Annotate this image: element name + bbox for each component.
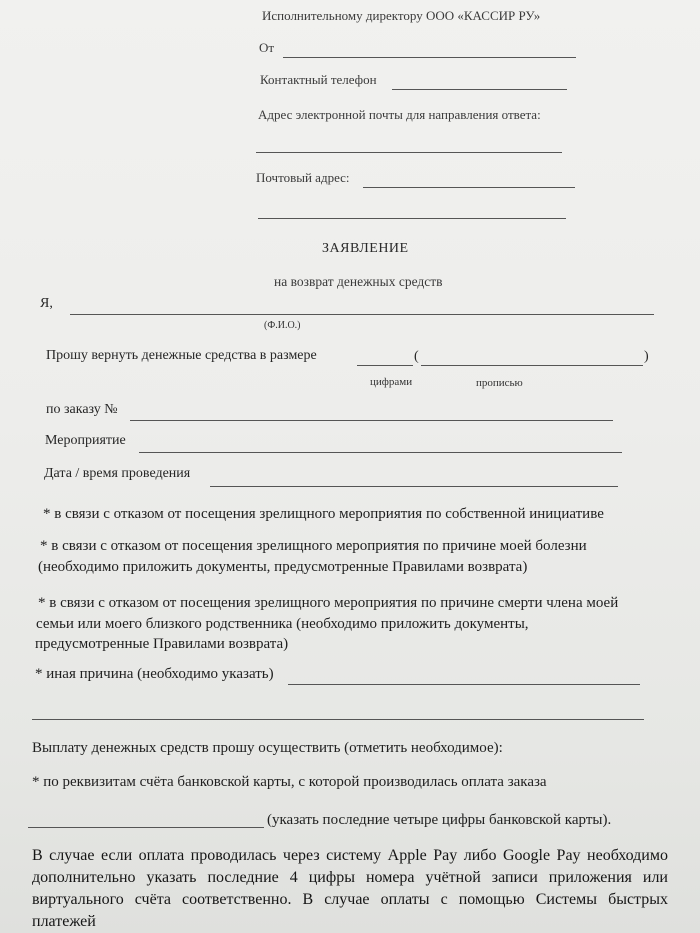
payment-note-line-2: дополнительно указать последние 4 цифры … — [32, 867, 668, 889]
card-last-digits-hint: (указать последние четыре цифры банковск… — [267, 812, 611, 829]
email-field[interactable] — [256, 152, 562, 153]
order-number-label: по заказу № — [46, 402, 118, 418]
card-last-digits-field[interactable] — [28, 827, 264, 828]
payout-card-option[interactable]: * по реквизитам счёта банковской карты, … — [32, 774, 547, 791]
order-number-field[interactable] — [130, 420, 613, 421]
event-label: Мероприятие — [45, 433, 126, 449]
payment-note-line-1: В случае если оплата проводилась через с… — [32, 845, 668, 867]
reason-illness[interactable]: * в связи с отказом от посещения зрелищн… — [40, 538, 587, 555]
from-field[interactable] — [283, 57, 576, 58]
amount-words-hint: прописью — [476, 377, 523, 389]
datetime-field[interactable] — [210, 486, 618, 487]
reason-other-field-line-2[interactable] — [32, 719, 644, 720]
document-title: ЗАЯВЛЕНИЕ — [322, 241, 409, 257]
payment-system-note: В случае если оплата проводилась через с… — [32, 845, 668, 933]
postal-field-line-2[interactable] — [258, 218, 566, 219]
reason-own-initiative[interactable]: * в связи с отказом от посещения зрелищн… — [43, 506, 604, 523]
amount-words-field[interactable] — [421, 365, 643, 366]
reason-bereavement-note-1: семьи или моего близкого родственника (н… — [36, 616, 529, 633]
applicant-label: Я, — [40, 296, 53, 312]
reason-other[interactable]: * иная причина (необходимо указать) — [35, 666, 274, 683]
phone-label: Контактный телефон — [260, 72, 377, 88]
amount-open-paren: ( — [414, 349, 419, 365]
amount-digits-field[interactable] — [357, 365, 413, 366]
reason-bereavement-note-2: предусмотренные Правилами возврата) — [35, 636, 288, 653]
phone-field[interactable] — [392, 89, 567, 90]
payment-note-line-3: виртуального счёта соответственно. В слу… — [32, 889, 668, 933]
datetime-label: Дата / время проведения — [44, 466, 190, 482]
applicant-name-field[interactable] — [70, 314, 654, 315]
postal-field[interactable] — [363, 187, 575, 188]
document-subtitle: на возврат денежных средств — [274, 274, 443, 290]
email-label: Адрес электронной почты для направления … — [258, 107, 541, 123]
refund-application-form: Исполнительному директору ООО «КАССИР РУ… — [0, 0, 700, 933]
reason-bereavement[interactable]: * в связи с отказом от посещения зрелищн… — [38, 595, 618, 612]
amount-label: Прошу вернуть денежные средства в размер… — [46, 348, 317, 364]
addressee: Исполнительному директору ООО «КАССИР РУ… — [262, 8, 540, 24]
event-field[interactable] — [139, 452, 622, 453]
reason-other-field[interactable] — [288, 684, 640, 685]
from-label: От — [259, 40, 274, 56]
amount-digits-hint: цифрами — [370, 376, 412, 388]
payout-heading: Выплату денежных средств прошу осуществи… — [32, 740, 503, 757]
postal-label: Почтовый адрес: — [256, 170, 350, 186]
applicant-hint: (Ф.И.О.) — [264, 320, 301, 331]
amount-close-paren: ) — [644, 349, 649, 365]
reason-illness-note: (необходимо приложить документы, предусм… — [38, 559, 527, 576]
